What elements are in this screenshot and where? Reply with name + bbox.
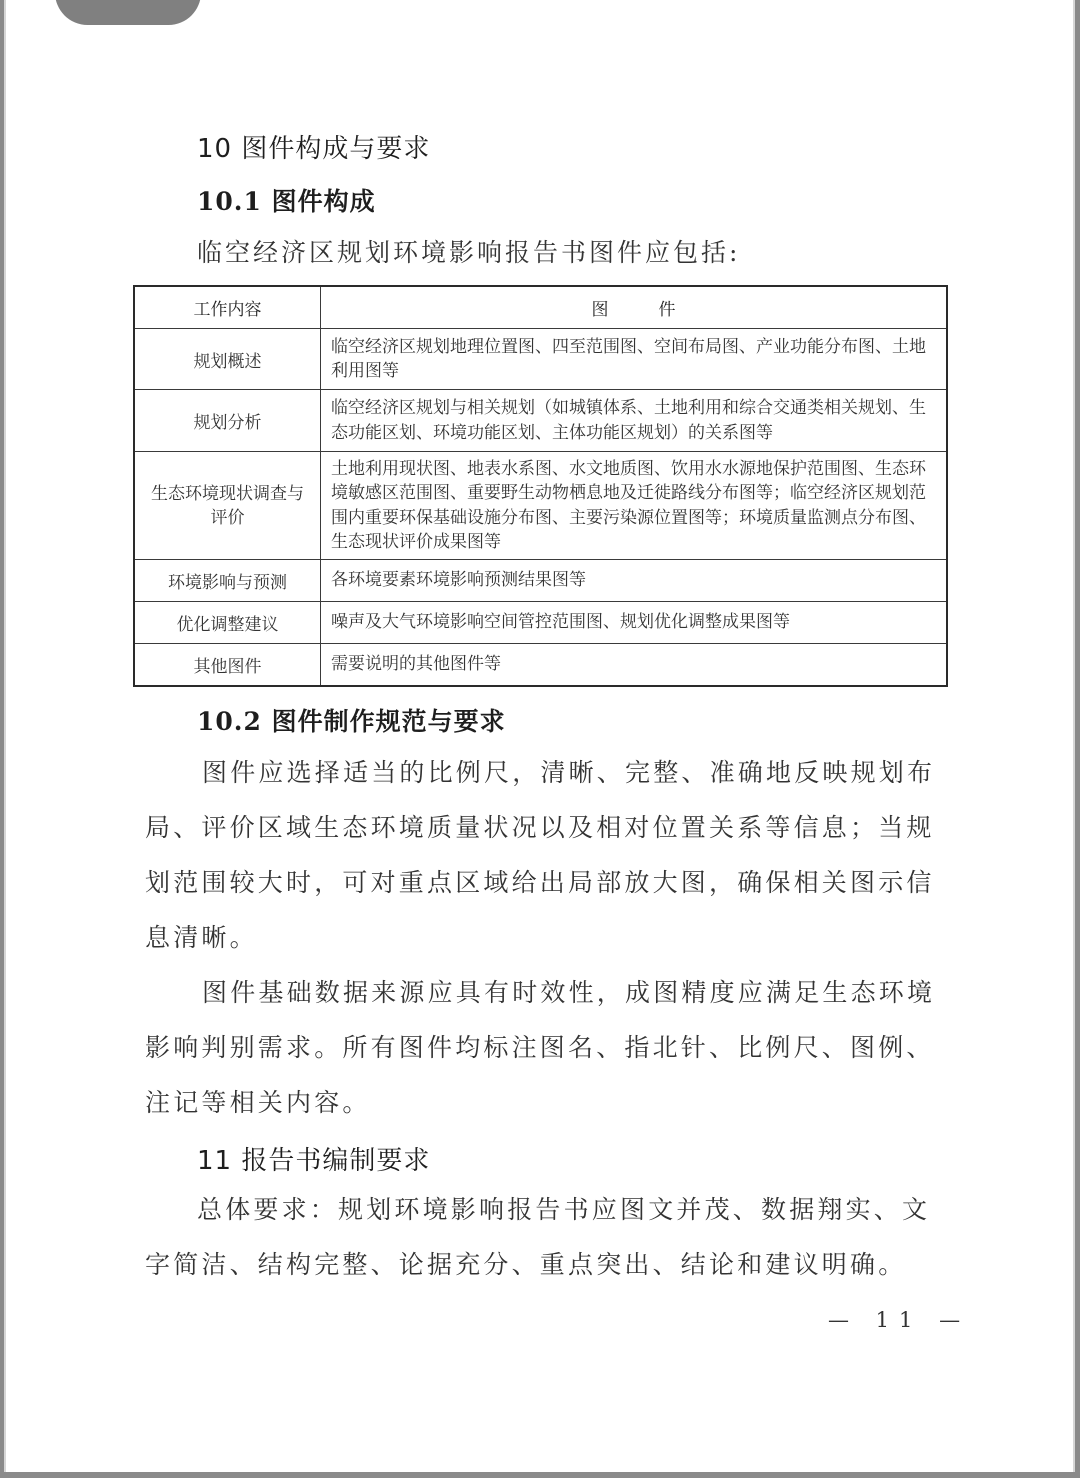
row-work: 其他图件 xyxy=(134,644,321,686)
row-work: 优化调整建议 xyxy=(134,602,321,644)
section-10-title: 10 图件构成与要求 xyxy=(197,128,430,165)
figure-requirements-table: 工作内容 图件 规划概述 临空经济区规划地理位置图、四至范围图、空间布局图、产业… xyxy=(133,285,948,687)
table-row: 优化调整建议 噪声及大气环境影响空间管控范围图、规划优化调整成果图等 xyxy=(134,602,947,644)
row-figures: 需要说明的其他图件等 xyxy=(321,644,948,686)
row-work: 生态环境现状调查与评价 xyxy=(134,452,321,560)
page-number: — 11 — xyxy=(828,1308,970,1332)
page-indicator-text: 14/16 xyxy=(79,0,177,5)
header-work-content: 工作内容 xyxy=(134,286,321,329)
table-header-row: 工作内容 图件 xyxy=(134,286,947,329)
table-row: 规划分析 临空经济区规划与相关规划（如城镇体系、土地利用和综合交通类相关规划、生… xyxy=(134,390,947,452)
row-figures: 噪声及大气环境影响空间管控范围图、规划优化调整成果图等 xyxy=(321,602,948,644)
paragraph-scale-requirements: 图件应选择适当的比例尺，清晰、完整、准确地反映规划布局、评价区域生态环境质量状况… xyxy=(145,745,945,965)
page-indicator: 14/16 xyxy=(55,0,201,25)
viewer-frame-right xyxy=(1075,0,1080,1478)
paragraph-general-requirements: 总体要求：规划环境影响报告书应图文并茂、数据翔实、文字简洁、结构完整、论据充分、… xyxy=(145,1182,945,1292)
row-figures: 土地利用现状图、地表水系图、水文地质图、饮用水水源地保护范围图、生态环境敏感区范… xyxy=(321,452,948,560)
header-figures: 图件 xyxy=(321,286,948,329)
row-figures: 临空经济区规划与相关规划（如城镇体系、土地利用和综合交通类相关规划、生态功能区划… xyxy=(321,390,948,452)
row-figures: 临空经济区规划地理位置图、四至范围图、空间布局图、产业功能分布图、土地利用图等 xyxy=(321,329,948,390)
viewer-frame-left-edge xyxy=(4,0,6,1478)
viewer-frame-right-edge xyxy=(1073,0,1075,1478)
viewer-frame-bottom xyxy=(0,1472,1080,1478)
paragraph-data-requirements: 图件基础数据来源应具有时效性，成图精度应满足生态环境影响判别需求。所有图件均标注… xyxy=(145,965,945,1130)
intro-text: 临空经济区规划环境影响报告书图件应包括: xyxy=(197,233,740,269)
row-work: 规划分析 xyxy=(134,390,321,452)
table-row: 生态环境现状调查与评价 土地利用现状图、地表水系图、水文地质图、饮用水水源地保护… xyxy=(134,452,947,560)
table-row: 其他图件 需要说明的其他图件等 xyxy=(134,644,947,686)
section-10-2-title: 10.2 图件制作规范与要求 xyxy=(197,702,506,738)
section-11-title: 11 报告书编制要求 xyxy=(197,1140,430,1177)
table-row: 规划概述 临空经济区规划地理位置图、四至范围图、空间布局图、产业功能分布图、土地… xyxy=(134,329,947,390)
table-row: 环境影响与预测 各环境要素环境影响预测结果图等 xyxy=(134,560,947,602)
row-work: 规划概述 xyxy=(134,329,321,390)
row-work: 环境影响与预测 xyxy=(134,560,321,602)
row-figures: 各环境要素环境影响预测结果图等 xyxy=(321,560,948,602)
section-10-1-title: 10.1 图件构成 xyxy=(197,182,376,218)
